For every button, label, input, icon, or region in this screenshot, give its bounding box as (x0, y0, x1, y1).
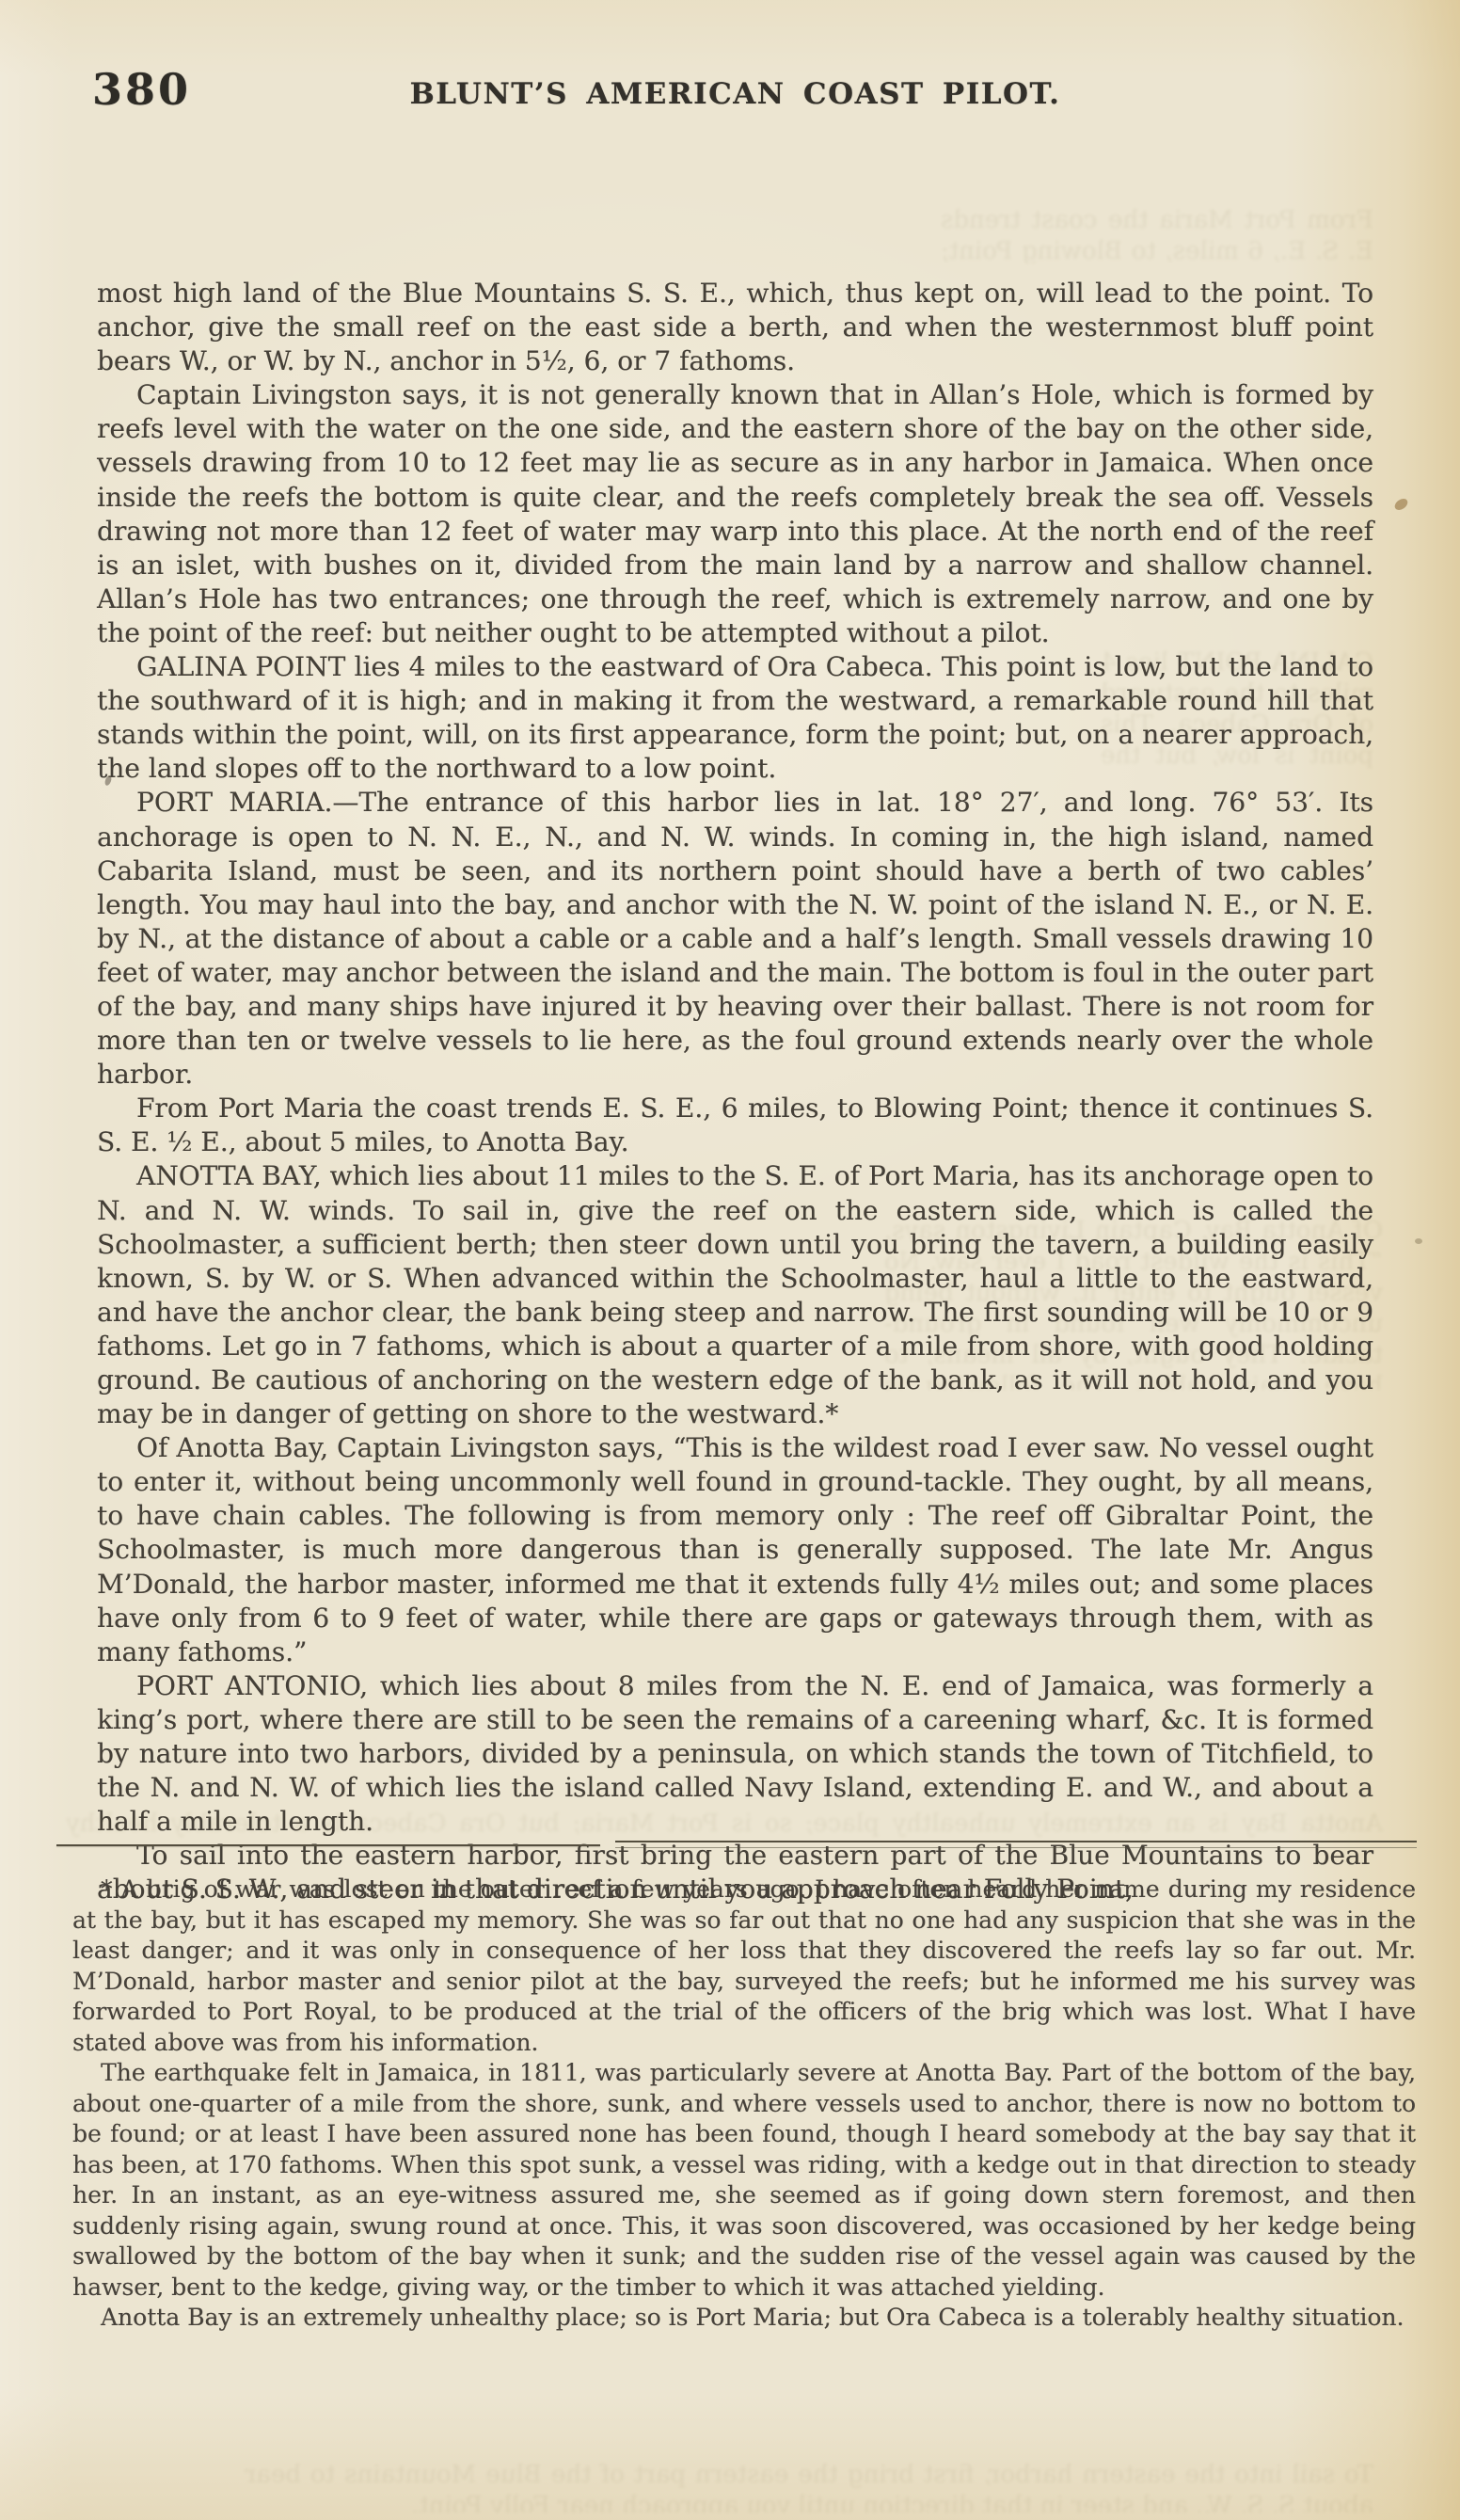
divider-segment-left (56, 1844, 600, 1846)
paragraph-port-antonio: PORT ANTONIO, which lies about 8 miles f… (97, 1669, 1373, 1839)
paper-speck (1415, 1238, 1422, 1244)
main-text-column: most high land of the Blue Mountains S. … (97, 277, 1373, 1907)
footnote-divider-rule (56, 1841, 1417, 1848)
paragraph-livingston-quote: Of Anotta Bay, Captain Livingston says, … (97, 1431, 1373, 1669)
divider-segment-right (615, 1841, 1417, 1848)
footnote-earthquake: The earthquake felt in Jamaica, in 1811,… (72, 2058, 1416, 2303)
paragraph-galina-point: GALINA POINT lies 4 miles to the eastwar… (97, 650, 1373, 786)
paragraph-continuation: most high land of the Blue Mountains S. … (97, 277, 1373, 378)
footnote-brig-of-war: * A brig of war was lost on the outer re… (72, 1874, 1416, 2058)
running-title: BLUNT’S AMERICAN COAST PILOT. (97, 77, 1373, 111)
paragraph-captain-livingston: Captain Livingston says, it is not gener… (97, 378, 1373, 650)
footnote-section: * A brig of war was lost on the outer re… (72, 1874, 1416, 2334)
show-through-ghost: To sail into the eastern harbor, first b… (245, 2460, 1373, 2512)
paper-speck (1392, 497, 1409, 513)
footnote-unhealthy-places: Anotta Bay is an extremely unhealthy pla… (72, 2303, 1416, 2334)
show-through-ghost: From Port Maria the coast trends E. S. E… (941, 205, 1373, 263)
paragraph-port-maria: PORT MARIA.—The entrance of this harbor … (97, 786, 1373, 1092)
paragraph-coast-trend: From Port Maria the coast trends E. S. E… (97, 1092, 1373, 1159)
scanned-book-page: 380 BLUNT’S AMERICAN COAST PILOT. most h… (0, 0, 1460, 2520)
paragraph-anotta-bay: ANOTTA BAY, which lies about 11 miles to… (97, 1159, 1373, 1431)
